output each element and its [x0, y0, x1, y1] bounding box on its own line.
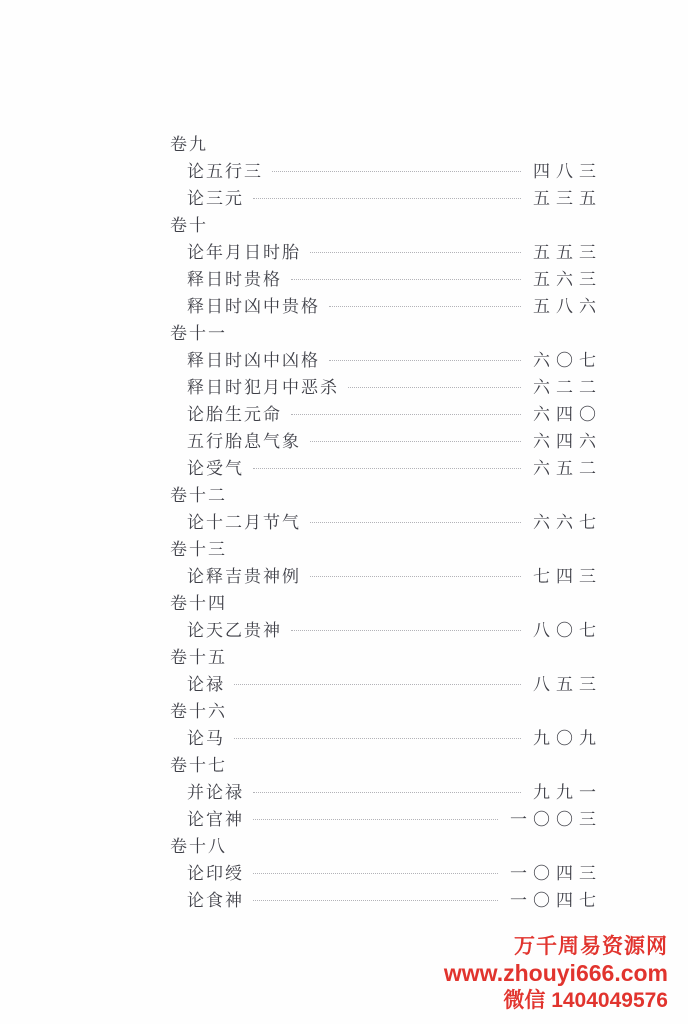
toc-entry: 论年月日时胎五五三	[170, 237, 596, 264]
entry-title: 释日时贵格	[187, 265, 282, 290]
toc-entry: 释日时贵格五六三	[170, 264, 596, 291]
volume-header: 卷十二	[170, 480, 596, 507]
volume-header: 卷十三	[170, 534, 596, 561]
entry-page-number: 九〇九	[533, 724, 602, 749]
volume-header: 卷十七	[170, 750, 596, 777]
entry-title: 论释吉贵神例	[187, 562, 301, 587]
entry-title: 论禄	[187, 670, 225, 695]
entry-page-number: 六四六	[533, 427, 602, 452]
dotted-leader	[329, 360, 521, 361]
toc-entry: 并论禄九九一	[170, 777, 596, 804]
dotted-leader	[329, 306, 521, 307]
dotted-leader	[253, 792, 521, 793]
entry-title: 论天乙贵神	[187, 616, 282, 641]
toc-entry: 论天乙贵神八〇七	[170, 615, 596, 642]
entry-page-number: 一〇〇三	[510, 805, 602, 830]
dotted-leader	[253, 198, 521, 199]
toc-entry: 论受气六五二	[170, 453, 596, 480]
entry-title: 论十二月节气	[187, 508, 301, 533]
entry-title: 五行胎息气象	[187, 427, 301, 452]
entry-title: 并论禄	[187, 778, 244, 803]
entry-page-number: 五三五	[533, 184, 602, 209]
toc-entry: 论马九〇九	[170, 723, 596, 750]
toc-entry: 论三元五三五	[170, 183, 596, 210]
toc-entry: 释日时凶中贵格五八六	[170, 291, 596, 318]
volume-header: 卷十八	[170, 831, 596, 858]
dotted-leader	[253, 468, 521, 469]
volume-header: 卷十六	[170, 696, 596, 723]
dotted-leader	[291, 414, 521, 415]
entry-page-number: 六四〇	[533, 400, 602, 425]
entry-title: 释日时犯月中恶杀	[187, 373, 339, 398]
entry-page-number: 五六三	[533, 265, 602, 290]
watermark-wechat-id: 微信 1404049576	[444, 987, 668, 1014]
entry-title: 释日时凶中凶格	[187, 346, 320, 371]
entry-page-number: 八〇七	[533, 616, 602, 641]
entry-title: 释日时凶中贵格	[187, 292, 320, 317]
toc-entry: 释日时凶中凶格六〇七	[170, 345, 596, 372]
entry-title: 论三元	[187, 184, 244, 209]
toc-entry: 论官神一〇〇三	[170, 804, 596, 831]
watermark: 万千周易资源网 www.zhouyi666.com 微信 1404049576	[444, 933, 668, 1014]
entry-title: 论年月日时胎	[187, 238, 301, 263]
entry-page-number: 八五三	[533, 670, 602, 695]
toc-entry: 论十二月节气六六七	[170, 507, 596, 534]
entry-page-number: 五五三	[533, 238, 602, 263]
dotted-leader	[310, 522, 521, 523]
dotted-leader	[291, 279, 521, 280]
entry-page-number: 六六七	[533, 508, 602, 533]
entry-title: 论官神	[187, 805, 244, 830]
dotted-leader	[291, 630, 521, 631]
toc-entry: 论胎生元命六四〇	[170, 399, 596, 426]
toc-entry: 论食神一〇四七	[170, 885, 596, 912]
dotted-leader	[272, 171, 521, 172]
toc-entry: 释日时犯月中恶杀六二二	[170, 372, 596, 399]
watermark-site-url: www.zhouyi666.com	[444, 960, 668, 987]
entry-page-number: 一〇四三	[510, 859, 602, 884]
toc-entry: 论释吉贵神例七四三	[170, 561, 596, 588]
entry-page-number: 四八三	[533, 157, 602, 182]
dotted-leader	[310, 441, 521, 442]
dotted-leader	[253, 819, 498, 820]
dotted-leader	[234, 738, 521, 739]
toc-entry: 论禄八五三	[170, 669, 596, 696]
toc-entry: 五行胎息气象六四六	[170, 426, 596, 453]
volume-header: 卷十四	[170, 588, 596, 615]
dotted-leader	[310, 576, 521, 577]
dotted-leader	[348, 387, 521, 388]
entry-title: 论受气	[187, 454, 244, 479]
entry-title: 论印绶	[187, 859, 244, 884]
dotted-leader	[310, 252, 521, 253]
dotted-leader	[234, 684, 521, 685]
entry-page-number: 一〇四七	[510, 886, 602, 911]
entry-page-number: 七四三	[533, 562, 602, 587]
toc-entry: 论印绶一〇四三	[170, 858, 596, 885]
dotted-leader	[253, 900, 498, 901]
volume-header: 卷九	[170, 129, 596, 156]
volume-header: 卷十五	[170, 642, 596, 669]
table-of-contents: 卷九论五行三四八三论三元五三五卷十论年月日时胎五五三释日时贵格五六三释日时凶中贵…	[170, 129, 596, 912]
entry-page-number: 六五二	[533, 454, 602, 479]
volume-header: 卷十一	[170, 318, 596, 345]
entry-title: 论五行三	[187, 157, 263, 182]
entry-title: 论食神	[187, 886, 244, 911]
entry-page-number: 六〇七	[533, 346, 602, 371]
book-page: 卷九论五行三四八三论三元五三五卷十论年月日时胎五五三释日时贵格五六三释日时凶中贵…	[0, 0, 688, 1024]
entry-page-number: 九九一	[533, 778, 602, 803]
volume-header: 卷十	[170, 210, 596, 237]
toc-entry: 论五行三四八三	[170, 156, 596, 183]
entry-page-number: 六二二	[533, 373, 602, 398]
entry-title: 论马	[187, 724, 225, 749]
entry-page-number: 五八六	[533, 292, 602, 317]
dotted-leader	[253, 873, 498, 874]
watermark-site-name: 万千周易资源网	[444, 933, 668, 960]
entry-title: 论胎生元命	[187, 400, 282, 425]
